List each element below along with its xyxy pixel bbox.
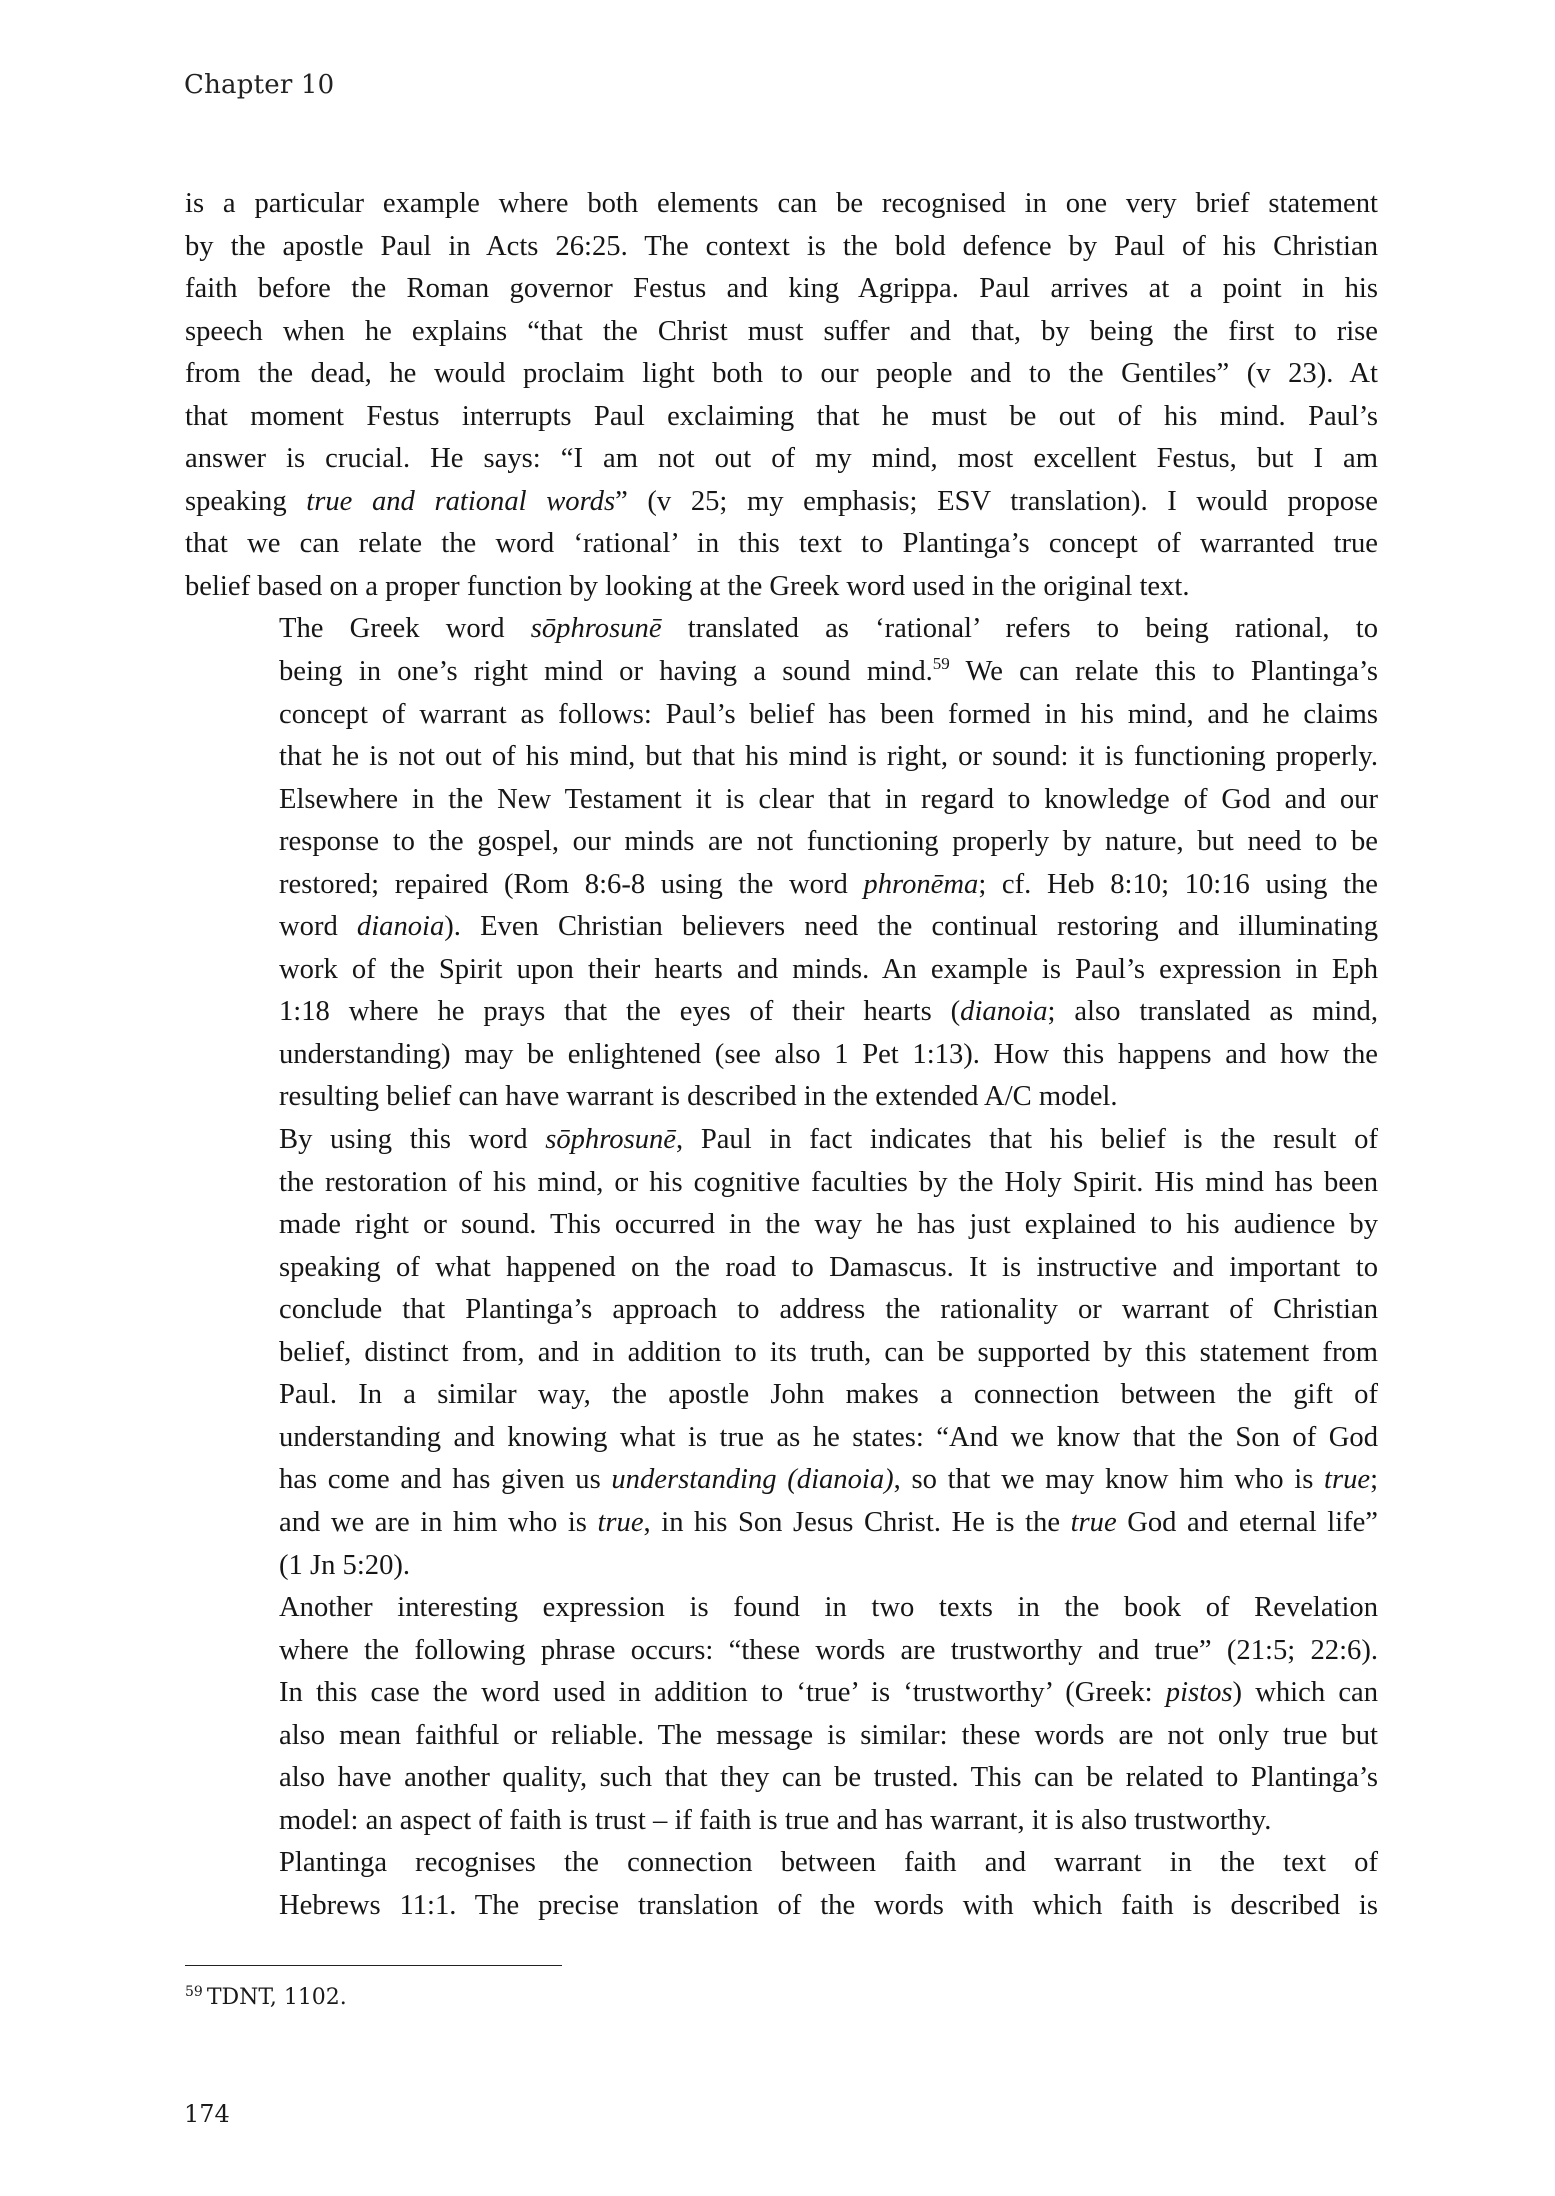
text-run: In this case the word used in addition t… [279,1677,1166,1708]
text-run: By using this word [279,1124,545,1155]
text-line: Another interesting expression is found … [185,1587,1378,1630]
text-line: understanding and knowing what is true a… [185,1417,1378,1460]
text-line: made right or sound. This occurred in th… [185,1204,1378,1247]
text-run: (1 Jn 5:20). [279,1550,410,1581]
text-line: is a particular example where both eleme… [185,183,1378,226]
text-run: also have another quality, such that the… [279,1762,1378,1793]
text-line: that we can relate the word ‘rational’ i… [185,523,1378,566]
text-line: restored; repaired (Rom 8:6-8 using the … [185,864,1378,907]
text-run: ” (v 25; my emphasis; ESV translation). … [615,486,1378,517]
paragraph: is a particular example where both eleme… [185,183,1378,608]
text-line: Elsewhere in the New Testament it is cle… [185,779,1378,822]
text-run: translated as ‘rational’ refers to being… [662,613,1378,644]
emphasis: sōphrosunē [531,613,662,644]
text-run: the restoration of his mind, or his cogn… [279,1167,1378,1198]
text-run: work of the Spirit upon their hearts and… [279,954,1378,985]
text-line: 1:18 where he prays that the eyes of the… [185,991,1378,1034]
text-run: belief based on a proper function by loo… [185,571,1189,602]
text-run: that he is not out of his mind, but that… [279,741,1378,772]
text-line: resulting belief can have warrant is des… [185,1076,1378,1119]
paragraph: Plantinga recognises the connection betw… [185,1842,1378,1927]
page-number: 174 [184,2100,230,2128]
text-line: concept of warrant as follows: Paul’s be… [185,694,1378,737]
emphasis: understanding (dianoia) [611,1464,893,1495]
body-text: is a particular example where both eleme… [185,183,1378,1927]
text-run: , so that we may know him who is [894,1464,1324,1495]
text-run: Hebrews 11:1. The precise translation of… [279,1890,1378,1921]
text-line: also have another quality, such that the… [185,1757,1378,1800]
text-run: made right or sound. This occurred in th… [279,1209,1378,1240]
text-run: ) which can [1233,1677,1378,1708]
text-line: model: an aspect of faith is trust – if … [185,1800,1378,1843]
text-line: speech when he explains “that the Christ… [185,311,1378,354]
text-run: and we are in him who is [279,1507,597,1538]
footnote-reference: 59 [933,654,950,673]
emphasis: dianoia [960,996,1047,1027]
text-run: that we can relate the word ‘rational’ i… [185,528,1378,559]
text-line: answer is crucial. He says: “I am not ou… [185,438,1378,481]
text-line: The Greek word sōphrosunē translated as … [185,608,1378,651]
footnote-text: TDNT, 1102. [207,1985,347,2010]
text-run: has come and has given us [279,1464,611,1495]
emphasis: sōphrosunē [545,1124,676,1155]
text-line: Plantinga recognises the connection betw… [185,1842,1378,1885]
text-run: concept of warrant as follows: Paul’s be… [279,699,1378,730]
text-line: by the apostle Paul in Acts 26:25. The c… [185,226,1378,269]
text-run: speech when he explains “that the Christ… [185,316,1378,347]
text-line: response to the gospel, our minds are no… [185,821,1378,864]
text-run: Another interesting expression is found … [279,1592,1378,1623]
emphasis: true [1071,1507,1117,1538]
emphasis: pistos [1166,1677,1233,1708]
text-line: belief based on a proper function by loo… [185,566,1378,609]
text-line: Paul. In a similar way, the apostle John… [185,1374,1378,1417]
text-run: that moment Festus interrupts Paul excla… [185,401,1378,432]
text-line: work of the Spirit upon their hearts and… [185,949,1378,992]
footnote-number: 59 [185,1984,203,2000]
text-run: resulting belief can have warrant is des… [279,1081,1117,1112]
text-run: understanding) may be enlightened (see a… [279,1039,1378,1070]
emphasis: true [1324,1464,1370,1495]
text-run: God and eternal life” [1117,1507,1378,1538]
text-run: The Greek word [279,613,531,644]
text-run: faith before the Roman governor Festus a… [185,273,1378,304]
text-run: by the apostle Paul in Acts 26:25. The c… [185,231,1378,262]
text-run: ; cf. Heb 8:10; 10:16 using the [978,869,1378,900]
emphasis: true [597,1507,643,1538]
text-run: ). Even Christian believers need the con… [444,911,1378,942]
text-run: We can relate this to Plantinga’s [950,656,1378,687]
text-run: answer is crucial. He says: “I am not ou… [185,443,1378,474]
text-run: speaking of what happened on the road to… [279,1252,1378,1283]
text-line: that moment Festus interrupts Paul excla… [185,396,1378,439]
paragraph: Another interesting expression is found … [185,1587,1378,1842]
text-run: where the following phrase occurs: “thes… [279,1635,1378,1666]
text-line: being in one’s right mind or having a so… [185,651,1378,694]
text-run: also mean faithful or reliable. The mess… [279,1720,1378,1751]
text-line: In this case the word used in addition t… [185,1672,1378,1715]
text-line: belief, distinct from, and in addition t… [185,1332,1378,1375]
text-line: conclude that Plantinga’s approach to ad… [185,1289,1378,1332]
text-run: Paul. In a similar way, the apostle John… [279,1379,1378,1410]
text-line: understanding) may be enlightened (see a… [185,1034,1378,1077]
text-run: from the dead, he would proclaim light b… [185,358,1378,389]
text-run: ; also translated as mind, [1048,996,1378,1027]
text-line: the restoration of his mind, or his cogn… [185,1162,1378,1205]
footnote-59: 59TDNT, 1102. [185,1985,347,2010]
paragraph: By using this word sōphrosunē, Paul in f… [185,1119,1378,1587]
emphasis: true and rational words [306,486,615,517]
text-run: 1:18 where he prays that the eyes of the… [279,996,960,1027]
text-line: speaking true and rational words” (v 25;… [185,481,1378,524]
text-run: belief, distinct from, and in addition t… [279,1337,1378,1368]
text-line: Hebrews 11:1. The precise translation of… [185,1885,1378,1928]
text-run: understanding and knowing what is true a… [279,1422,1378,1453]
text-line: (1 Jn 5:20). [185,1545,1378,1588]
text-run: Elsewhere in the New Testament it is cle… [279,784,1378,815]
footnote-separator [185,1965,562,1966]
text-run: restored; repaired (Rom 8:6-8 using the … [279,869,863,900]
text-line: speaking of what happened on the road to… [185,1247,1378,1290]
text-line: has come and has given us understanding … [185,1459,1378,1502]
paragraph: The Greek word sōphrosunē translated as … [185,608,1378,1119]
text-run: , in his Son Jesus Christ. He is the [644,1507,1071,1538]
text-run: word [279,911,357,942]
running-head: Chapter 10 [184,70,334,100]
text-run: being in one’s right mind or having a so… [279,656,933,687]
text-line: also mean faithful or reliable. The mess… [185,1715,1378,1758]
text-line: from the dead, he would proclaim light b… [185,353,1378,396]
text-run: is a particular example where both eleme… [185,188,1378,219]
text-line: that he is not out of his mind, but that… [185,736,1378,779]
text-run: ; [1370,1464,1378,1495]
text-run: response to the gospel, our minds are no… [279,826,1378,857]
text-run: , Paul in fact indicates that his belief… [676,1124,1378,1155]
text-run: model: an aspect of faith is trust – if … [279,1805,1271,1836]
text-line: and we are in him who is true, in his So… [185,1502,1378,1545]
emphasis: phronēma [863,869,978,900]
text-line: word dianoia). Even Christian believers … [185,906,1378,949]
text-line: faith before the Roman governor Festus a… [185,268,1378,311]
text-line: By using this word sōphrosunē, Paul in f… [185,1119,1378,1162]
text-run: speaking [185,486,306,517]
text-line: where the following phrase occurs: “thes… [185,1630,1378,1673]
emphasis: dianoia [357,911,444,942]
text-run: conclude that Plantinga’s approach to ad… [279,1294,1378,1325]
text-run: Plantinga recognises the connection betw… [279,1847,1378,1878]
